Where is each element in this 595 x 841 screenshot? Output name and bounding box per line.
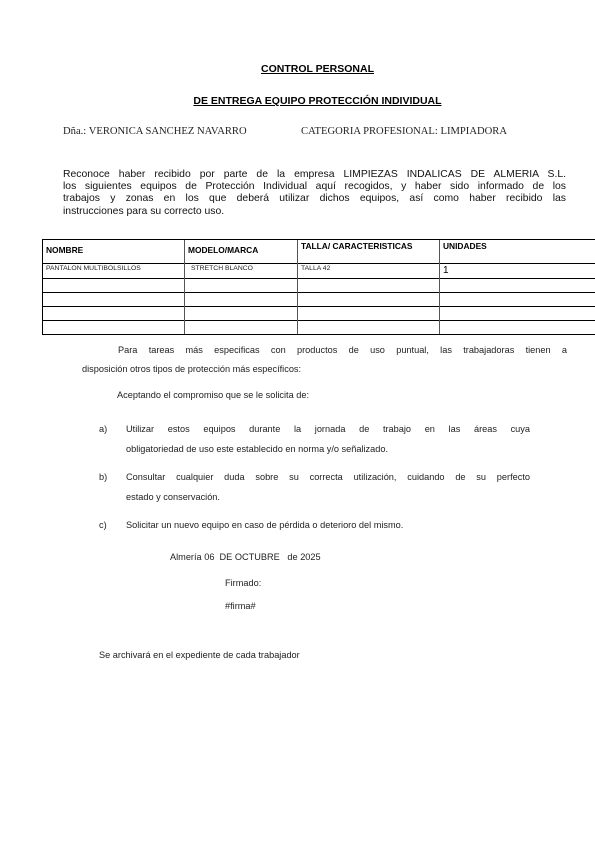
item-line: Solicitar un nuevo equipo en caso de pér…	[126, 520, 403, 530]
intro-line: instrucciones para su correcto uso.	[63, 206, 566, 218]
cell-talla: TALLA 42	[298, 264, 440, 279]
item-line: estado y conservación.	[126, 492, 220, 502]
archive-note: Se archivará en el expediente de cada tr…	[99, 650, 300, 660]
header-talla-caracteristicas: TALLA/ CARACTERISTICAS	[298, 240, 440, 264]
cell-unidades	[440, 279, 595, 293]
cell-modelo	[185, 293, 298, 307]
cell-talla	[298, 279, 440, 293]
cell-unidades	[440, 321, 595, 335]
table-row: PANTALON MULTIBOLSILLOS STRETCH BLANCO T…	[43, 264, 595, 279]
cell-modelo	[185, 321, 298, 335]
cell-unidades	[440, 307, 595, 321]
cell-modelo: STRETCH BLANCO	[185, 264, 298, 279]
commitment-intro: Aceptando el compromiso que se le solici…	[117, 390, 309, 400]
cell-nombre	[43, 293, 185, 307]
table-row	[43, 279, 595, 293]
cell-unidades	[440, 293, 595, 307]
table-row	[43, 293, 595, 307]
item-marker: c)	[99, 515, 107, 535]
cell-talla	[298, 307, 440, 321]
item-line: obligatoriedad de uso este establecido e…	[126, 444, 388, 454]
cell-unidades: 1	[440, 264, 595, 279]
paragraph-line: Para tareas más especificas con producto…	[82, 341, 567, 360]
intro-paragraph: Reconoce haber recibido por parte de la …	[63, 169, 566, 218]
table-row	[43, 321, 595, 335]
cell-nombre	[43, 307, 185, 321]
cell-nombre	[43, 321, 185, 335]
intro-line: los siguientes equipos de Protección Ind…	[63, 181, 566, 193]
specific-protection-paragraph: Para tareas más especificas con producto…	[82, 341, 567, 379]
intro-line: trabajos y zonas en los que deberá utili…	[63, 193, 566, 205]
cell-nombre: PANTALON MULTIBOLSILLOS	[43, 264, 185, 279]
item-text: Utilizar estos equipos durante la jornad…	[126, 419, 530, 459]
intro-line: Reconoce haber recibido por parte de la …	[63, 169, 566, 181]
item-text: Consultar cualquier duda sobre su correc…	[126, 467, 530, 507]
item-marker: b)	[99, 467, 107, 487]
signed-label: Firmado:	[225, 578, 261, 588]
cell-talla	[298, 321, 440, 335]
table-header-row: NOMBRE MODELO/MARCA TALLA/ CARACTERISTIC…	[43, 240, 595, 264]
document-title: CONTROL PERSONAL	[20, 63, 595, 75]
cell-modelo	[185, 279, 298, 293]
header-modelo-marca: MODELO/MARCA	[185, 240, 298, 264]
worker-name: Dña.: VERONICA SANCHEZ NAVARRO	[63, 126, 247, 137]
document-subtitle: DE ENTREGA EQUIPO PROTECCIÓN INDIVIDUAL	[20, 95, 595, 107]
header-nombre: NOMBRE	[43, 240, 185, 264]
item-text: Solicitar un nuevo equipo en caso de pér…	[126, 515, 530, 535]
worker-category: CATEGORIA PROFESIONAL: LIMPIADORA	[301, 126, 507, 137]
item-marker: a)	[99, 419, 107, 439]
table-row	[43, 307, 595, 321]
header-talla-text: TALLA/ CARACTERISTICAS	[301, 241, 413, 251]
item-line: Consultar cualquier duda sobre su correc…	[126, 467, 530, 487]
cell-nombre	[43, 279, 185, 293]
cell-modelo	[185, 307, 298, 321]
paragraph-line: disposición otros tipos de protección má…	[82, 364, 301, 374]
signature-placeholder[interactable]: #firma#	[225, 601, 256, 611]
equipment-table: NOMBRE MODELO/MARCA TALLA/ CARACTERISTIC…	[42, 239, 595, 335]
item-line: Utilizar estos equipos durante la jornad…	[126, 419, 530, 439]
place-date: Almería 06 DE OCTUBRE de 2025	[170, 552, 321, 562]
cell-talla	[298, 293, 440, 307]
header-unidades: UNIDADES	[440, 240, 595, 264]
